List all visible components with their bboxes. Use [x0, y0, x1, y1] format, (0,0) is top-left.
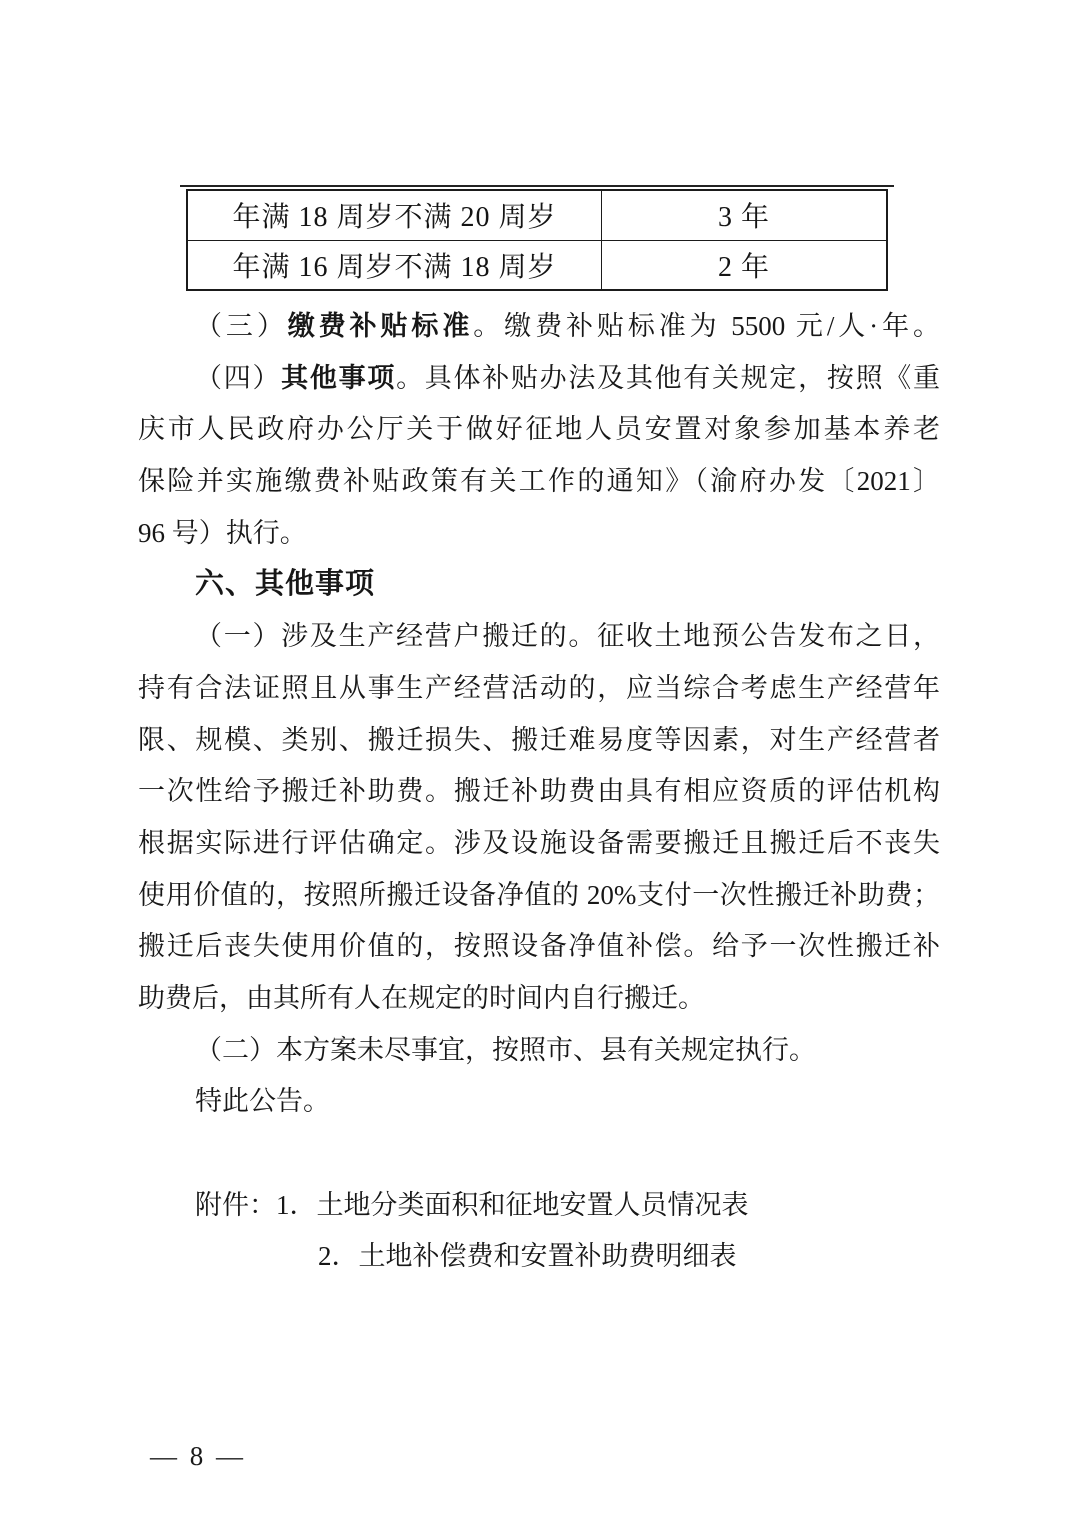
table-row: 年满 18 周岁不满 20 周岁 3 年 [188, 191, 886, 240]
section-six-heading: 六、其他事项 [138, 559, 940, 611]
table-continuation-rule [180, 185, 894, 187]
para-four-bracket: （四） [195, 363, 281, 393]
item-one-line-7: 搬迁后丧失使用价值的，按照设备净值补偿。给予一次性搬迁补 [138, 921, 940, 973]
body-text: （三）缴费补贴标准。缴费补贴标准为 5500 元/人·年。 （四）其他事项。具体… [138, 301, 940, 1283]
para-three-rest: 。缴费补贴标准为 5500 元/人·年。 [473, 311, 940, 341]
attachment-line-2: 2．土地补偿费和安置补助费明细表 [138, 1231, 940, 1283]
attachment-line-1: 附件：1．土地分类面积和征地安置人员情况表 [138, 1180, 940, 1232]
page-number: — 8 — [150, 1441, 246, 1472]
item-one-line-6: 使用价值的，按照所搬迁设备净值的 20%支付一次性搬迁补助费； [138, 870, 940, 922]
para-four-line-1: （四）其他事项。具体补贴办法及其他有关规定，按照《重 [138, 353, 940, 405]
document-page: 年满 18 周岁不满 20 周岁 3 年 年满 16 周岁不满 18 周岁 2 … [0, 0, 1074, 1520]
item-one-line-2: 持有合法证照且从事生产经营活动的，应当综合考虑生产经营年 [138, 663, 940, 715]
pension-years-table: 年满 18 周岁不满 20 周岁 3 年 年满 16 周岁不满 18 周岁 2 … [186, 189, 888, 291]
table-cell-years: 3 年 [602, 191, 886, 240]
item-one-line-4: 一次性给予搬迁补助费。搬迁补助费由具有相应资质的评估机构 [138, 766, 940, 818]
para-four-lead: 其他事项 [281, 363, 396, 393]
para-four-line-2: 庆市人民政府办公厅关于做好征地人员安置对象参加基本养老 [138, 404, 940, 456]
table-cell-age-range: 年满 18 周岁不满 20 周岁 [188, 191, 602, 240]
para-four-line-3: 保险并实施缴费补贴政策有关工作的通知》（渝府办发〔2021〕 [138, 456, 940, 508]
item-one-line-1: （一）涉及生产经营户搬迁的。征收土地预公告发布之日， [138, 611, 940, 663]
para-four-rest: 。具体补贴办法及其他有关规定，按照《重 [396, 363, 940, 393]
para-three-line: （三）缴费补贴标准。缴费补贴标准为 5500 元/人·年。 [138, 301, 940, 353]
para-three-lead: 缴费补贴标准 [288, 311, 474, 341]
item-two-line: （二）本方案未尽事宜，按照市、县有关规定执行。 [138, 1025, 940, 1077]
para-four-line-4: 96 号）执行。 [138, 508, 940, 560]
item-one-line-3: 限、规模、类别、搬迁损失、搬迁难易度等因素，对生产经营者 [138, 715, 940, 767]
item-one-line-8: 助费后，由其所有人在规定的时间内自行搬迁。 [138, 973, 940, 1025]
table-cell-years: 2 年 [602, 241, 886, 290]
blank-line [138, 1128, 940, 1180]
item-one-line-5: 根据实际进行评估确定。涉及设施设备需要搬迁且搬迁后不丧失 [138, 818, 940, 870]
table-cell-age-range: 年满 16 周岁不满 18 周岁 [188, 241, 602, 290]
para-three-bracket: （三） [195, 311, 288, 341]
table-row: 年满 16 周岁不满 18 周岁 2 年 [188, 240, 886, 290]
closing-line: 特此公告。 [138, 1076, 940, 1128]
